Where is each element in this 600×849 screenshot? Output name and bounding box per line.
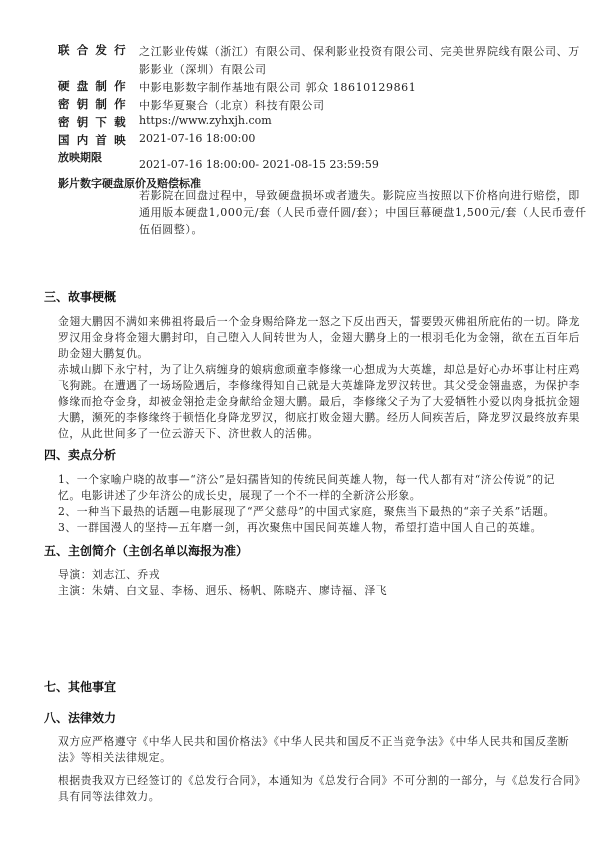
story-line: 罗汉用金身将金翅大鹏封印，自己堕入人间转世为人，金翅大鹏身上的一根羽毛化为金翎，… [58,330,580,346]
director-line: 导演：刘志江、乔戎 [58,567,387,583]
key-download-link[interactable]: https://www.zyhxjh.com [139,114,272,127]
label-premiere: 国内首映 [58,132,133,148]
section-heading-selling-points: 四、卖点分析 [44,446,116,463]
legal-paragraph-1: 双方应严格遵守《中华人民共和国价格法》《中华人民共和国反不正当竞争法》《中华人民… [58,734,569,766]
selling-point-line: 3、一群国漫人的坚持—五年磨一剑，再次聚焦中国民间英雄人物，希望打造中国人自己的… [58,520,555,536]
selling-points-text: 1、一个家喻户晓的故事—“济公”是妇孺皆知的传统民间英雄人物，每一代人都有对“济… [58,472,555,536]
story-text: 金翅大鹏因不满如来佛祖将最后一个金身赐给降龙一怒之下反出西天，誓要毁灭佛祖所庇佑… [58,314,580,442]
legal-line: 根据贵我双方已经签订的《总发行合同》，本通知为《总发行合同》不可分割的一部分，与… [58,773,586,789]
legal-line: 双方应严格遵守《中华人民共和国价格法》《中华人民共和国反不正当竞争法》《中华人民… [58,734,569,750]
cast-line: 主演：朱婧、白文显、李杨、迥乐、杨帆、陈晓卉、廖诗福、泽飞 [58,583,387,599]
label-screening-period: 放映期限 [58,149,102,165]
value-key-production: 中影华夏聚合（北京）科技有限公司 [139,97,325,113]
story-line: 赤城山脚下永宁村，为了让久病缠身的娘病愈顽童李修缘一心想成为大英雄，却总是好心办… [58,362,580,378]
label-key-production: 密钥制作 [58,96,133,112]
value-disk-production: 中影电影数字制作基地有限公司 郭众 18610129861 [139,79,416,95]
value-joint-distribution-line2: 影影业（深圳）有限公司 [139,61,267,77]
compensation-line3: 伍佰圆整）。 [139,221,203,237]
value-screening-period: 2021-07-16 18:00:00- 2021-08-15 23:59:59 [139,158,379,171]
value-premiere: 2021-07-16 18:00:00 [139,132,255,145]
label-key-download: 密钥下载 [58,114,133,130]
section-heading-other: 七、其他事宜 [44,678,116,695]
selling-point-line: 忆。电影讲述了少年济公的成长史，展现了一个不一样的全新济公形象。 [58,488,555,504]
section-heading-legal: 八、法律效力 [44,709,116,726]
label-disk-production: 硬盘制作 [58,78,133,94]
selling-point-line: 1、一个家喻户晓的故事—“济公”是妇孺皆知的传统民间英雄人物，每一代人都有对“济… [58,472,555,488]
compensation-line1: 若影院在回盘过程中，导致硬盘损坏或者遗失。影院应当按照以下价格向进行赔偿，即 [139,187,580,203]
story-line: 助金翅大鹏复仇。 [58,346,580,362]
creators-text: 导演：刘志江、乔戎 主演：朱婧、白文显、李杨、迥乐、杨帆、陈晓卉、廖诗福、泽飞 [58,567,387,599]
section-heading-creators: 五、主创简介（主创名单以海报为准） [44,542,248,559]
story-line: 修缘而抢夺金身，却被金翎抢走金身献给金翅大鹏。最后，李修缘父子为了大爱牺牲小爱以… [58,394,580,410]
story-line: 大鹏，濒死的李修缘终于顿悟化身降龙罗汉，彻底打败金翅大鹏。经历人间疾苦后，降龙罗… [58,410,580,426]
selling-point-line: 2、一种当下最热的话题—电影展现了“严父慈母”的中国式家庭，聚焦当下最热的“亲子… [58,504,555,520]
section-heading-story: 三、故事梗概 [44,288,116,305]
label-joint-distribution: 联合发行 [58,42,133,58]
story-line: 金翅大鹏因不满如来佛祖将最后一个金身赐给降龙一怒之下反出西天，誓要毁灭佛祖所庇佑… [58,314,580,330]
legal-line: 法》等相关法律规定。 [58,750,569,766]
legal-line: 具有同等法律效力。 [58,789,586,805]
legal-paragraph-2: 根据贵我双方已经签订的《总发行合同》，本通知为《总发行合同》不可分割的一部分，与… [58,773,586,805]
story-line: 飞狗跳。在遭遇了一场场险遇后，李修缘得知自己就是大英雄降龙罗汉转世。其父受金翎蛊… [58,378,580,394]
value-joint-distribution-line1: 之江影业传媒（浙江）有限公司、保利影业投资有限公司、完美世界院线有限公司、万 [139,43,580,59]
story-line: 位，从此世间多了一位云游天下、济世救人的活佛。 [58,426,580,442]
document-page: 联合发行 之江影业传媒（浙江）有限公司、保利影业投资有限公司、完美世界院线有限公… [0,0,600,849]
compensation-line2: 通用版本硬盘1,000元/套（人民币壹仟圆/套）；中国巨幕硬盘1,500元/套（… [139,204,587,220]
